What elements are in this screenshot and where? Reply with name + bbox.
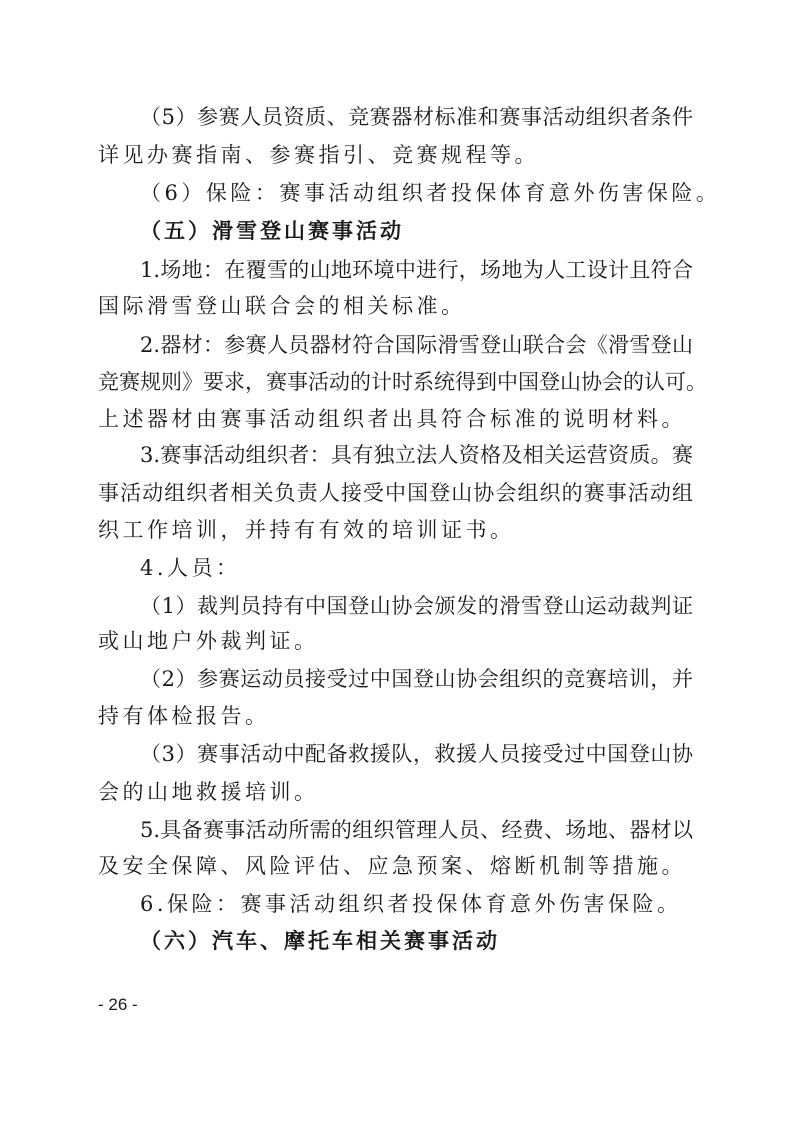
document-page: （5）参赛人员资质、竞赛器材标准和赛事活动组织者条件详见办赛指南、参赛指引、竞赛… [0, 0, 794, 1123]
page-number: - 26 - [98, 993, 138, 1017]
paragraph-line: 2.器材：参赛人员器材符合国际滑雪登山联合会《滑雪登山 [140, 330, 693, 360]
paragraph-line: 及安全保障、风险评估、应急预案、熔断机制等措施。 [98, 851, 698, 881]
section-heading: （五）滑雪登山赛事活动 [140, 216, 700, 246]
paragraph-line: （6）保险：赛事活动组织者投保体育意外伤害保险。 [140, 178, 700, 208]
paragraph-line: 详见办赛指南、参赛指引、竞赛规程等。 [98, 140, 698, 170]
paragraph-line: （1）裁判员持有中国登山协会颁发的滑雪登山运动裁判证 [140, 591, 693, 621]
paragraph-line: 6.保险：赛事活动组织者投保体育意外伤害保险。 [140, 889, 700, 919]
paragraph-line: 持有体检报告。 [98, 701, 698, 731]
paragraph-line: 会的山地救援培训。 [98, 777, 698, 807]
paragraph-line: 或山地户外裁判证。 [98, 626, 698, 656]
paragraph-line: 3.赛事活动组织者：具有独立法人资格及相关运营资质。赛 [140, 440, 693, 470]
paragraph-line: 织工作培训，并持有有效的培训证书。 [98, 515, 698, 545]
paragraph-line: 5.具备赛事活动所需的组织管理人员、经费、场地、器材以 [140, 815, 693, 845]
paragraph-line: 1.场地：在覆雪的山地环境中进行，场地为人工设计且符合 [140, 255, 693, 285]
paragraph-line: （3）赛事活动中配备救援队，救援人员接受过中国登山协 [140, 739, 693, 769]
paragraph-line: 4.人员： [140, 553, 700, 583]
paragraph-line: 上述器材由赛事活动组织者出具符合标准的说明材料。 [98, 404, 698, 434]
paragraph-line: 事活动组织者相关负责人接受中国登山协会组织的赛事活动组 [98, 478, 693, 508]
paragraph-line: 国际滑雪登山联合会的相关标准。 [98, 291, 698, 321]
paragraph-line: 竞赛规则》要求，赛事活动的计时系统得到中国登山协会的认可。 [98, 367, 693, 397]
section-heading: （六）汽车、摩托车相关赛事活动 [140, 926, 700, 956]
paragraph-line: （2）参赛运动员接受过中国登山协会组织的竞赛培训，并 [140, 664, 693, 694]
paragraph-line: （5）参赛人员资质、竞赛器材标准和赛事活动组织者条件 [140, 102, 693, 132]
